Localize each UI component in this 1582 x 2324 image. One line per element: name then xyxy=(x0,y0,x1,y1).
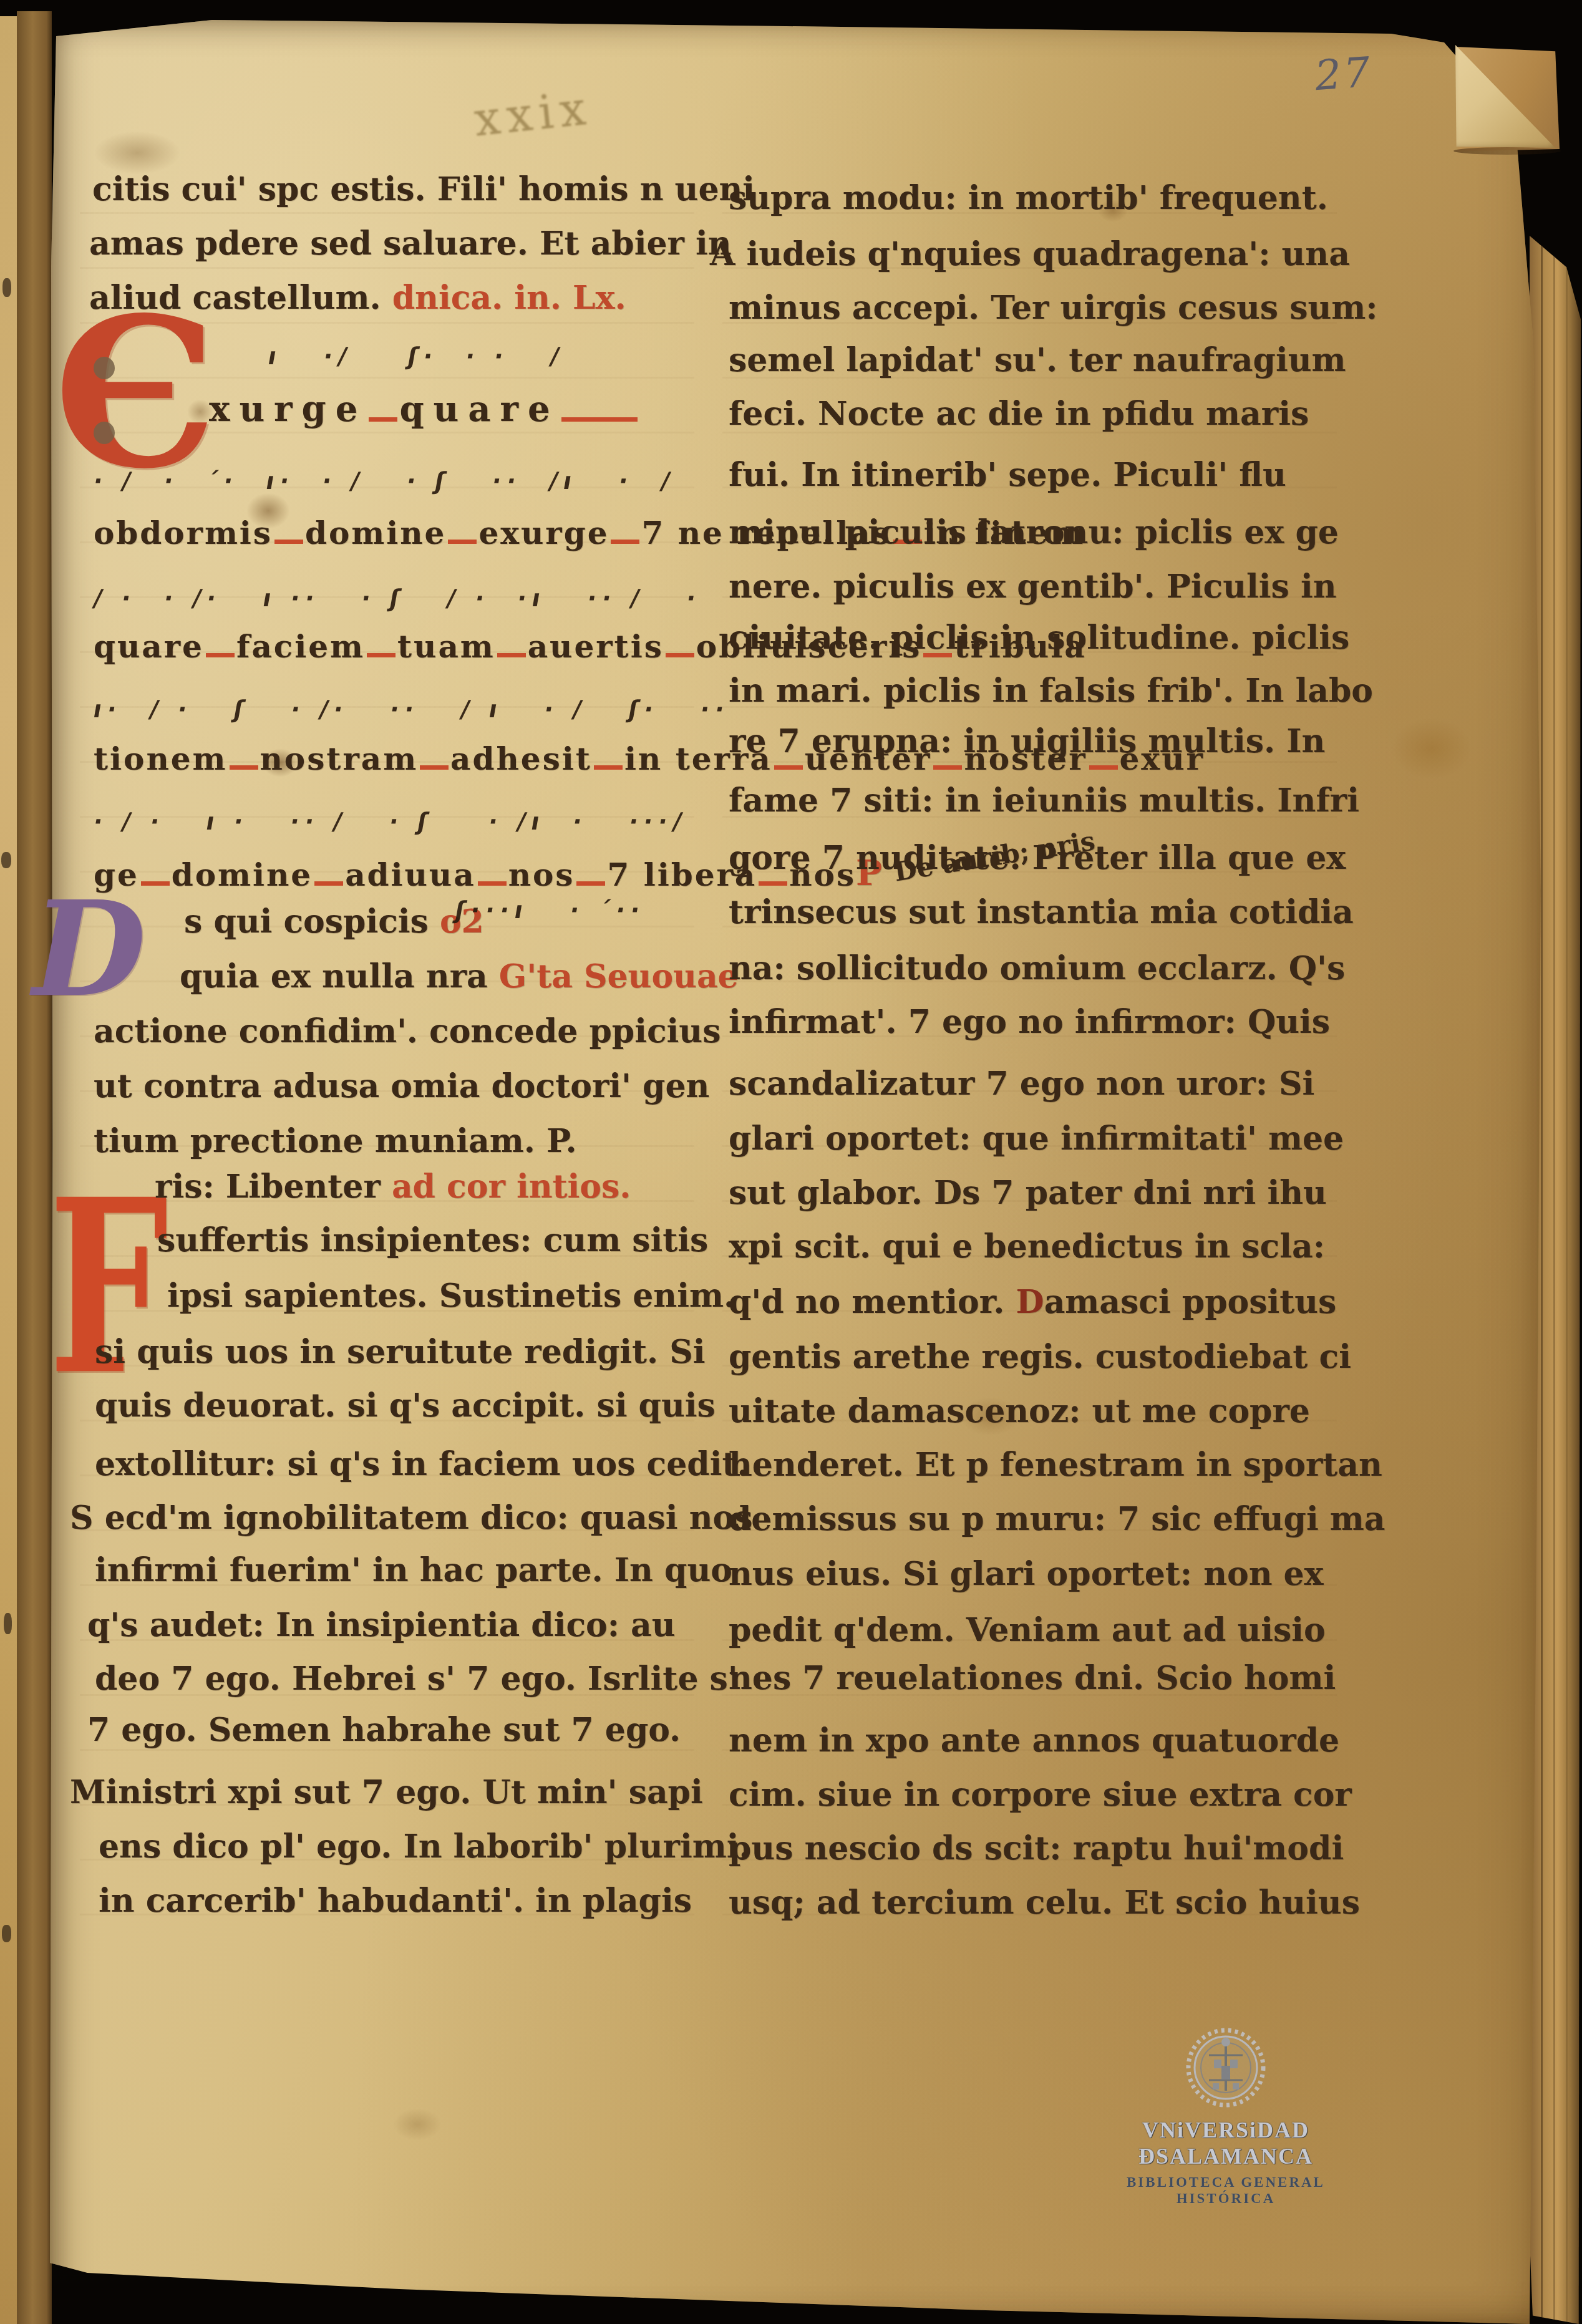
chant-word: quare xyxy=(399,392,559,427)
chant-word: tuam xyxy=(397,631,495,662)
manuscript-text: ris: Libenter xyxy=(155,1168,392,1206)
manuscript-photo: Є D F citis cui' spc estis. Fili' homis … xyxy=(0,0,1582,2324)
manuscript-text: ciuitate. piclis in solitudine. piclis xyxy=(729,619,1349,657)
rubric-text: ad cor intios. xyxy=(392,1168,631,1206)
text-line: s qui cospicis o2 xyxy=(184,906,484,938)
text-line: scandalizatur 7 ego non uror: Si xyxy=(729,1068,1314,1100)
manuscript-text: cim. siue in corpore siue extra cor xyxy=(729,1776,1352,1814)
manuscript-text: ut contra adusa omia doctori' gen xyxy=(94,1067,709,1105)
chant-word: tionem xyxy=(94,743,228,775)
manuscript-text: feci. Nocte ac die in pfidu maris xyxy=(729,395,1309,433)
text-line: aliud castellum. dnica. in. Lx. xyxy=(89,282,626,314)
manuscript-text: quia ex nulla nra xyxy=(180,957,499,995)
rubric-line-filler xyxy=(561,412,638,422)
manuscript-text: deo 7 ego. Hebrei s' 7 ego. Isrlite s' xyxy=(95,1660,738,1698)
text-line: glari oportet: que infirmitati' mee xyxy=(729,1123,1344,1155)
text-line: citis cui' spc estis. Fili' homis n ueni xyxy=(92,173,755,206)
rubric-line-filler xyxy=(274,535,303,544)
manuscript-text: re 7 erupna: in uigiliis multis. In xyxy=(729,722,1325,760)
text-line: sut glabor. Ds 7 pater dni nri ihu xyxy=(729,1177,1327,1209)
text-line: infirmat'. 7 ego no infirmor: Quis xyxy=(729,1006,1330,1039)
text-line: ris: Libenter ad cor intios. xyxy=(155,1171,631,1203)
neume-row: ∕ ∙ ∙ ∕∙ ı ∙∙ ∙ ʃ ∕ ∙ ∙ı ∙∙ ∕ ∙ xyxy=(92,586,676,610)
rubric-text: G'ta Seuouae xyxy=(499,957,739,995)
text-line: usq; ad tercium celu. Et scio huius xyxy=(729,1887,1360,1919)
text-line: si quis uos in seruitute redigit. Si xyxy=(95,1336,706,1368)
manuscript-text: nem in xpo ante annos quatuorde xyxy=(729,1721,1339,1760)
text-line: fui. In itinerib' sepe. Piculi' flu xyxy=(729,459,1286,491)
initial-dot xyxy=(94,357,115,379)
initial-E-exsurge: Є xyxy=(54,311,218,475)
text-line: 7 ego. Semen habrahe sut 7 ego. xyxy=(87,1714,681,1746)
chant-word: domine xyxy=(305,518,446,549)
rubric-line-filler xyxy=(576,876,605,886)
manuscript-text: amas pdere sed saluare. Et abier in xyxy=(89,225,732,263)
manuscript-text: uitate damascenoz: ut me copre xyxy=(729,1392,1310,1430)
stain xyxy=(1391,717,1472,780)
neume-row: ı∙ ∕ ∙ ʃ ∙ ∕∙ ∙∙ ∕ ı ∙ ∕ ʃ∙ ∙∙ xyxy=(92,697,676,721)
chant-line: xurgequare xyxy=(209,392,639,427)
book-gutter xyxy=(17,11,52,2324)
manuscript-text: D xyxy=(1016,1283,1044,1321)
text-line: Ministri xpi sut 7 ego. Ut min' sapi xyxy=(70,1776,703,1809)
manuscript-text: usq; ad tercium celu. Et scio huius xyxy=(729,1884,1360,1922)
facing-page-edge xyxy=(0,16,17,2324)
text-line: semel lapidat' su'. ter naufragium xyxy=(729,344,1346,377)
chant-word: faciem xyxy=(236,631,365,662)
text-line: nes 7 reuelationes dni. Scio homi xyxy=(729,1662,1336,1695)
rubric-line-filler xyxy=(420,760,449,770)
rubric-line-filler xyxy=(367,648,395,657)
chant-word: obdormis xyxy=(94,518,273,549)
text-line: re 7 erupna: in uigiliis multis. In xyxy=(729,725,1325,758)
manuscript-text: xpi scit. qui e benedictus in scla: xyxy=(729,1227,1325,1266)
manuscript-text: aliud castellum. xyxy=(89,279,392,317)
text-line: nus eius. Si glari oportet: non ex xyxy=(729,1558,1324,1590)
manuscript-text: suffertis insipientes: cum sitis xyxy=(157,1221,708,1259)
manuscript-text: ens dico pl' ego. In laborib' plurimi. xyxy=(99,1828,750,1866)
text-line: pedit q'dem. Veniam aut ad uisio xyxy=(729,1614,1326,1647)
stain xyxy=(393,2108,442,2141)
folio-number: 27 xyxy=(1313,48,1374,100)
rubric-text: dnica. in. Lx. xyxy=(392,279,626,317)
rubric-line-filler xyxy=(1089,760,1118,770)
text-line: minu. piculis latronu: piclis ex ge xyxy=(729,516,1339,549)
chant-word: nos xyxy=(508,859,575,891)
manuscript-text: A iudeis q'nquies quadragena': una xyxy=(710,235,1350,273)
manuscript-text: citis cui' spc estis. Fili' homis n ueni xyxy=(92,170,755,208)
text-line: henderet. Et p fenestram in sportan xyxy=(729,1449,1382,1481)
text-line: q'd no mentior. Damasci ppositus xyxy=(729,1286,1336,1319)
manuscript-text: sut glabor. Ds 7 pater dni nri ihu xyxy=(729,1174,1327,1212)
text-line: amas pdere sed saluare. Et abier in xyxy=(89,228,732,260)
text-line: feci. Nocte ac die in pfidu maris xyxy=(729,398,1309,430)
text-line: supra modu: in mortib' frequent. xyxy=(729,182,1328,215)
chant-word: domine xyxy=(172,859,313,891)
text-line: nere. piculis ex gentib'. Piculis in xyxy=(729,571,1337,603)
manuscript-text: pedit q'dem. Veniam aut ad uisio xyxy=(729,1611,1326,1649)
rubric-line-filler xyxy=(666,648,694,657)
text-line: trinsecus sut instantia mia cotidia xyxy=(729,896,1354,929)
chant-word: exurge xyxy=(478,518,609,549)
rubric-line-filler xyxy=(594,760,623,770)
text-line: q's audet: In insipientia dico: au xyxy=(87,1609,676,1642)
manuscript-text: minus accepi. Ter uirgis cesus sum: xyxy=(729,289,1377,327)
text-line: cim. siue in corpore siue extra cor xyxy=(729,1779,1352,1811)
stain xyxy=(94,131,181,175)
manuscript-text: nere. piculis ex gentib'. Piculis in xyxy=(729,568,1337,606)
text-line: deo 7 ego. Hebrei s' 7 ego. Isrlite s' xyxy=(95,1663,738,1695)
manuscript-text: S ecd'm ignobilitatem dico: quasi nos xyxy=(70,1499,753,1537)
text-line: xpi scit. qui e benedictus in scla: xyxy=(729,1231,1325,1263)
text-line: pus nescio ds scit: raptu hui'modi xyxy=(729,1833,1344,1865)
manuscript-text: si quis uos in seruitute redigit. Si xyxy=(95,1333,706,1371)
rubric-line-filler xyxy=(933,760,962,770)
text-line: infirmi fuerim' in hac parte. In quo xyxy=(95,1554,732,1587)
text-line: nem in xpo ante annos quatuorde xyxy=(729,1725,1339,1757)
manuscript-text: extollitur: si q's in faciem uos cedit. xyxy=(95,1445,749,1483)
manuscript-text: Ministri xpi sut 7 ego. Ut min' sapi xyxy=(70,1773,703,1811)
rubric-line-filler xyxy=(314,876,343,886)
text-line: in mari. piclis in falsis frib'. In labo xyxy=(729,675,1373,707)
chant-word: quare xyxy=(94,631,204,662)
manuscript-text: minu. piculis latronu: piclis ex ge xyxy=(729,513,1339,551)
text-line: ipsi sapientes. Sustinetis enim. xyxy=(167,1280,735,1312)
text-line: uitate damascenoz: ut me copre xyxy=(729,1395,1310,1428)
text-line: S ecd'm ignobilitatem dico: quasi nos xyxy=(70,1502,753,1534)
library-watermark: VNiVERSiDAD ÐSALAMANCA BIBLIOTECA GENERA… xyxy=(1104,2027,1347,2207)
manuscript-text: glari oportet: que infirmitati' mee xyxy=(729,1120,1344,1158)
rubric-line-filler xyxy=(478,876,507,886)
manuscript-text: in mari. piclis in falsis frib'. In labo xyxy=(729,672,1373,710)
chant-word: xurge xyxy=(209,392,367,427)
rubric-line-filler xyxy=(206,648,235,657)
text-line: actione confidim'. concede ppicius xyxy=(94,1015,721,1048)
manuscript-text: fame 7 siti: in ieiuniis multis. Infri xyxy=(729,782,1359,820)
text-line: in carcerib' habudanti'. in plagis xyxy=(99,1885,692,1917)
rubric-line-filler xyxy=(774,760,803,770)
chant-word: adhesit xyxy=(450,743,592,775)
manuscript-text: henderet. Et p fenestram in sportan xyxy=(729,1446,1382,1484)
manuscript-text: gentis arethe regis. custodiebat ci xyxy=(729,1338,1351,1376)
text-line: gore 7 nuditate. Preter illa que ex xyxy=(729,842,1346,874)
manuscript-text: gore 7 nuditate. Preter illa que ex xyxy=(729,839,1346,877)
university-seal-icon xyxy=(1185,2027,1266,2108)
neume-row: ∙ ∕ ∙ ı ∙ ∙∙ ∕ ∙ ʃ ∙ ∕ı ∙ ∙∙∙∕ xyxy=(92,810,676,833)
watermark-salamanca: ÐSALAMANCA xyxy=(1104,2143,1347,2169)
rubric-line-filler xyxy=(759,876,787,886)
watermark-university-name: VNiVERSiDAD xyxy=(1104,2117,1347,2143)
text-line: quia ex nulla nra G'ta Seuouae xyxy=(180,961,739,993)
text-line: na: sollicitudo omium ecclarz. Q's xyxy=(729,952,1345,985)
chant-word: nostram xyxy=(260,743,419,775)
manuscript-text: infirmi fuerim' in hac parte. In quo xyxy=(95,1551,732,1589)
manuscript-text: supra modu: in mortib' frequent. xyxy=(729,179,1328,217)
text-line: ut contra adusa omia doctori' gen xyxy=(94,1070,709,1103)
rubric-line-filler xyxy=(497,648,526,657)
neume-row: ʃ∙∙∙ı ∙ ˊ∙∙ xyxy=(454,898,695,922)
manuscript-text: fui. In itinerib' sepe. Piculi' flu xyxy=(729,456,1286,494)
dogear-shadow xyxy=(1453,147,1561,155)
watermark-library-name: BIBLIOTECA GENERAL HISTÓRICA xyxy=(1104,2174,1347,2207)
manuscript-text: nus eius. Si glari oportet: non ex xyxy=(729,1555,1324,1593)
chant-line: tionemnostramadhesitin terrauenternoster… xyxy=(94,743,677,775)
chant-word: ge xyxy=(94,859,139,891)
manuscript-text: pus nescio ds scit: raptu hui'modi xyxy=(729,1829,1344,1867)
manuscript-text: na: sollicitudo omium ecclarz. Q's xyxy=(729,949,1345,987)
initial-dot xyxy=(94,422,115,444)
text-line: demissus su p muru: 7 sic effugi ma xyxy=(729,1503,1385,1536)
manuscript-text: amasci ppositus xyxy=(1044,1283,1337,1321)
manuscript-text: semel lapidat' su'. ter naufragium xyxy=(729,341,1346,379)
manuscript-text: ipsi sapientes. Sustinetis enim. xyxy=(167,1277,735,1315)
manuscript-text: scandalizatur 7 ego non uror: Si xyxy=(729,1065,1314,1103)
chant-line: quarefaciemtuamauertisobliuisceristribul… xyxy=(94,631,677,662)
chant-line: obdormisdomineexurge7 ne repellasin fine… xyxy=(94,518,677,549)
chant-word: auertis xyxy=(528,631,664,662)
manuscript-text: infirmat'. 7 ego no infirmor: Quis xyxy=(729,1003,1330,1041)
manuscript-text: in carcerib' habudanti'. in plagis xyxy=(99,1882,692,1920)
manuscript-text: q'd no mentior. xyxy=(729,1283,1016,1321)
rubric-line-filler xyxy=(369,412,397,422)
manuscript-text: actione confidim'. concede ppicius xyxy=(94,1012,721,1050)
manuscript-text: nes 7 reuelationes dni. Scio homi xyxy=(729,1659,1336,1697)
rubric-line-filler xyxy=(611,535,639,544)
text-line: fame 7 siti: in ieiuniis multis. Infri xyxy=(729,785,1359,817)
neume-row: ∙ ∕ ∙ ˊ∙ ı∙ ∙ ∕ ∙ ʃ ∙∙ ∕ı ∙ ∕ xyxy=(92,469,676,493)
manuscript-text: q's audet: In insipientia dico: au xyxy=(87,1606,676,1644)
text-line: ciuitate. piclis in solitudine. piclis xyxy=(729,622,1349,654)
rubric-line-filler xyxy=(448,535,477,544)
manuscript-text: s qui cospicis xyxy=(184,903,440,941)
neume-row: ı ∙∕ ʃ∙ ∙ ∙ ∕ xyxy=(266,344,620,368)
text-line: ens dico pl' ego. In laborib' plurimi. xyxy=(99,1831,750,1863)
text-line: tium prectione muniam. P. xyxy=(94,1125,577,1158)
initial-D-deus: D xyxy=(32,897,146,1002)
manuscript-text: tium prectione muniam. P. xyxy=(94,1122,577,1160)
manuscript-text: quis deuorat. si q's accipit. si quis xyxy=(95,1387,716,1425)
text-line: A iudeis q'nquies quadragena': una xyxy=(710,238,1350,271)
manuscript-text: demissus su p muru: 7 sic effugi ma xyxy=(729,1500,1385,1538)
manuscript-text: trinsecus sut instantia mia cotidia xyxy=(729,893,1354,931)
manuscript-text: 7 ego. Semen habrahe sut 7 ego. xyxy=(87,1711,681,1749)
chant-word: adiuua xyxy=(345,859,475,891)
text-line: suffertis insipientes: cum sitis xyxy=(157,1224,708,1257)
text-line: quis deuorat. si q's accipit. si quis xyxy=(95,1390,716,1422)
text-line: gentis arethe regis. custodiebat ci xyxy=(729,1341,1351,1373)
text-line: minus accepi. Ter uirgis cesus sum: xyxy=(729,292,1377,324)
rubric-line-filler xyxy=(141,876,170,886)
text-line: extollitur: si q's in faciem uos cedit. xyxy=(95,1448,749,1481)
rubric-line-filler xyxy=(230,760,258,770)
chant-line: gedomineadiuuanos7 liberanos P De aurib;… xyxy=(94,856,677,891)
